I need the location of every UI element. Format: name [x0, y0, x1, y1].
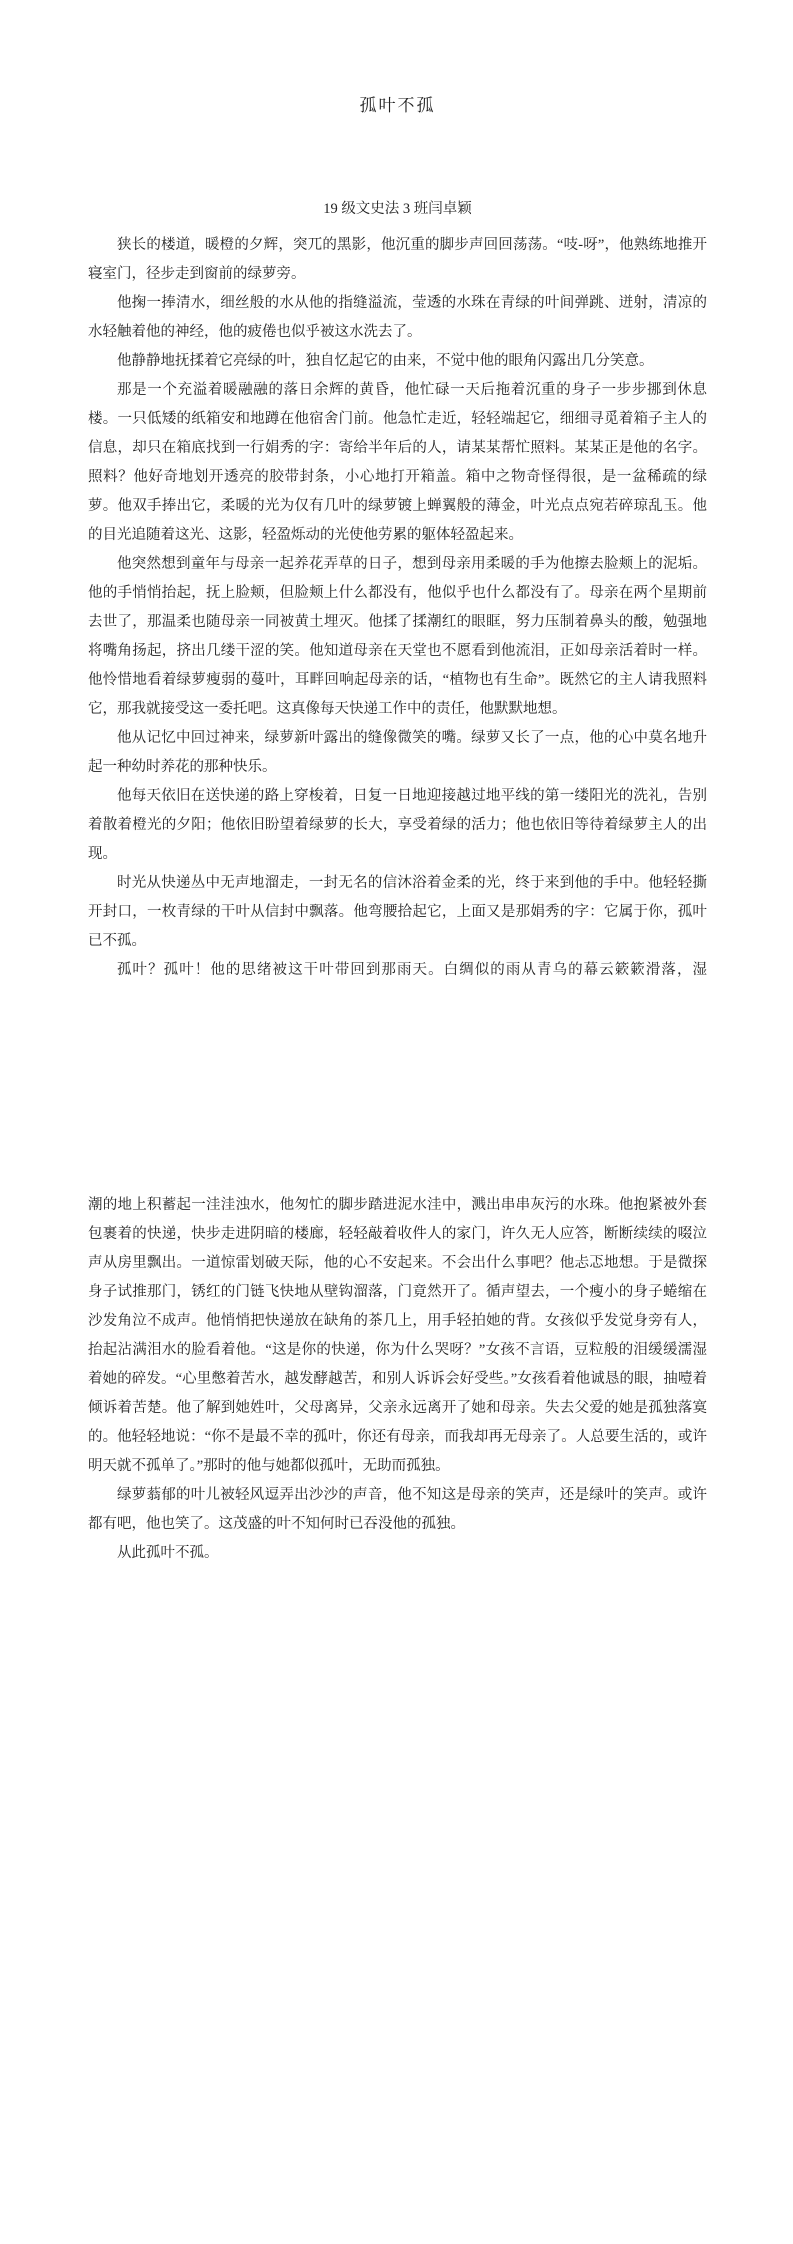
document-title: 孤叶不孤 [88, 0, 707, 116]
paragraph-5: 他突然想到童年与母亲一起养花弄草的日子，想到母亲用柔暖的手为他擦去脸颊上的泥垢。… [88, 550, 707, 724]
paragraph-10: 绿萝蓊郁的叶儿被轻风逗弄出沙沙的声音，他不知这是母亲的笑声，还是绿叶的笑声。或许… [88, 1481, 707, 1539]
paragraph-8: 时光从快递丛中无声地溜走，一封无名的信沐浴着金柔的光，终于来到他的手中。他轻轻撕… [88, 869, 707, 956]
document-page: 孤叶不孤 19 级文史法 3 班闫卓颖 狭长的楼道，暖橙的夕辉，突兀的黑影，他沉… [0, 0, 793, 2244]
paragraph-2: 他掬一捧清水，细丝般的水从他的指缝溢流，莹透的水珠在青绿的叶间弹跳、迸射，清凉的… [88, 289, 707, 347]
paragraph-6: 他从记忆中回过神来，绿萝新叶露出的缝像微笑的嘴。绿萝又长了一点，他的心中莫名地升… [88, 724, 707, 782]
paragraph-9-page2-continuation: 潮的地上积蓄起一洼洼浊水，他匆忙的脚步踏进泥水洼中，溅出串串灰污的水珠。他抱紧被… [88, 1191, 707, 1481]
author-byline: 19 级文史法 3 班闫卓颖 [88, 200, 707, 218]
document-body: 狭长的楼道，暖橙的夕辉，突兀的黑影，他沉重的脚步声回回荡荡。“吱-呀”，他熟练地… [88, 231, 707, 1568]
paragraph-11: 从此孤叶不孤。 [88, 1539, 707, 1568]
paragraph-3: 他静静地抚揉着它亮绿的叶，独自忆起它的由来，不觉中他的眼角闪露出几分笑意。 [88, 347, 707, 376]
document-content: 孤叶不孤 19 级文史法 3 班闫卓颖 狭长的楼道，暖橙的夕辉，突兀的黑影，他沉… [0, 0, 793, 1568]
paragraph-4: 那是一个充溢着暖融融的落日余辉的黄昏，他忙碌一天后拖着沉重的身子一步步挪到休息楼… [88, 376, 707, 550]
paragraph-9-page1-fragment: 孤叶？孤叶！他的思绪被这干叶带回到那雨天。白绸似的雨从青乌的幕云簌簌滑落，湿 [88, 956, 707, 985]
paragraph-7: 他每天依旧在送快递的路上穿梭着，日复一日地迎接越过地平线的第一缕阳光的洗礼，告别… [88, 782, 707, 869]
paragraph-1: 狭长的楼道，暖橙的夕辉，突兀的黑影，他沉重的脚步声回回荡荡。“吱-呀”，他熟练地… [88, 231, 707, 289]
page-break-gap [88, 985, 707, 1191]
